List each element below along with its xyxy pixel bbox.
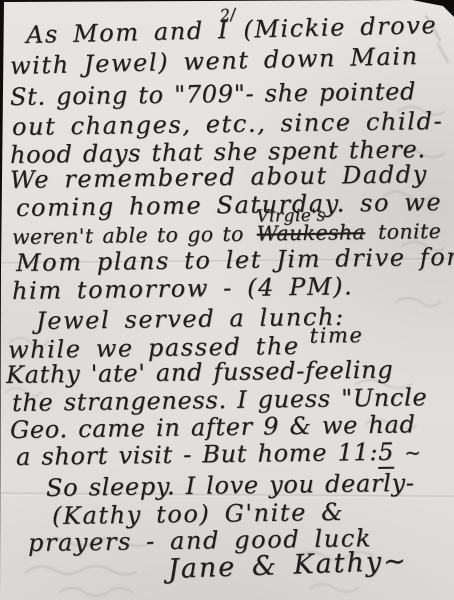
- struck-word-wrap: Virgie's Waukesha: [257, 219, 366, 247]
- letter-line-7: coming home Saturday. so we: [16, 189, 443, 221]
- line-text: a short visit - But home 11:: [16, 438, 379, 471]
- signature: Jane & Kathy~: [168, 549, 409, 583]
- letter-paper: 2/ As Mom and I (Mickie drove with Jewel…: [0, 0, 454, 600]
- letter-line-10: him tomorrow - (4 PM).: [12, 273, 354, 304]
- inserted-word-above: Virgie's: [256, 203, 326, 230]
- scanned-letter-background: 2/ As Mom and I (Mickie drove with Jewel…: [0, 0, 454, 600]
- letter-line-3: St. going to "709"- she pointed: [10, 78, 416, 110]
- raised-inserted-word: time: [309, 323, 363, 348]
- letter-line-16-with-underline: a short visit - But home 11:5~: [16, 438, 422, 471]
- line-text-before-edit: weren't able to go to: [12, 222, 244, 249]
- letter-line-17: So sleepy. I love you dearly-: [46, 470, 415, 501]
- letter-line-11: Jewel served a lunch:: [36, 304, 345, 334]
- line-text-after-edit: tonite: [378, 219, 441, 244]
- letter-line-9: Mom plans to let Jim drive for: [16, 244, 454, 276]
- letter-line-13: Kathy 'ate' and fussed-feeling: [6, 357, 394, 388]
- underlined-digit: 5: [378, 438, 394, 469]
- trailing-mark: ~: [404, 440, 422, 464]
